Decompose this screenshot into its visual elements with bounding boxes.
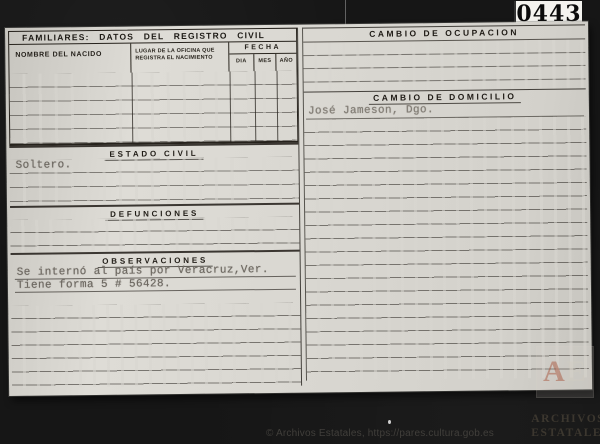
table-divider bbox=[277, 71, 279, 141]
document-scan: 0443 FAMILIARES: DATOS DEL REGISTRO CIVI… bbox=[0, 0, 600, 444]
scan-fold-line bbox=[345, 0, 346, 26]
table-divider bbox=[230, 71, 232, 141]
archive-watermark-text: ARCHIVOS ESTATALES bbox=[531, 412, 600, 440]
defunciones-lines bbox=[10, 217, 299, 253]
cambio-domicilio-empty-lines bbox=[304, 116, 589, 380]
section-observaciones: OBSERVACIONES Se internó al país por Ver… bbox=[11, 250, 302, 388]
observaciones-entry-line2: Tiene forma 5 # 56428. bbox=[15, 277, 296, 293]
table-divider bbox=[132, 73, 134, 143]
column-header-fecha: FECHA DIA MES AÑO bbox=[229, 42, 296, 72]
table-header-row: NOMBRE DEL NACIDO LUGAR DE LA OFICINA QU… bbox=[9, 42, 296, 74]
cambio-ocupacion-lines bbox=[303, 38, 586, 91]
subcolumn-mes: MES bbox=[254, 54, 276, 71]
fecha-subheader-row: DIA MES AÑO bbox=[229, 54, 296, 72]
table-empty-rows bbox=[10, 71, 298, 144]
scan-dust-speck bbox=[388, 420, 391, 424]
logo-letter-e: E bbox=[566, 355, 587, 389]
watermark-line2: ESTATALES bbox=[531, 426, 600, 440]
registro-civil-table: FAMILIARES: DATOS DEL REGISTRO CIVIL NOM… bbox=[8, 28, 298, 146]
registry-card-right-column: CAMBIO DE OCUPACION CAMBIO DE DOMICILIO … bbox=[302, 24, 589, 380]
section-defunciones: DEFUNCIONES bbox=[10, 203, 300, 253]
archive-corner-watermark: A E ARCHIVOS ESTATALES bbox=[522, 344, 600, 444]
fecha-label: FECHA bbox=[229, 42, 296, 55]
estado-civil-lines: Soltero. bbox=[9, 157, 299, 206]
section-cambio-domicilio: CAMBIO DE DOMICILIO José Jameson, Dgo. bbox=[304, 88, 586, 119]
section-estado-civil: ESTADO CIVIL Soltero. bbox=[9, 143, 299, 206]
estado-civil-entry: Soltero. bbox=[15, 159, 71, 172]
logo-letter-a: A bbox=[543, 355, 566, 389]
archive-logo-watermark: A E bbox=[536, 346, 594, 398]
registry-card: FAMILIARES: DATOS DEL REGISTRO CIVIL NOM… bbox=[5, 21, 592, 396]
watermark-line1: ARCHIVOS bbox=[531, 412, 600, 426]
column-header-nombre: NOMBRE DEL NACIDO bbox=[9, 44, 131, 74]
registry-card-left-column: FAMILIARES: DATOS DEL REGISTRO CIVIL NOM… bbox=[8, 28, 302, 389]
column-header-lugar: LUGAR DE LA OFICINA QUE REGISTRA EL NACI… bbox=[131, 42, 229, 72]
subcolumn-dia: DIA bbox=[229, 54, 254, 71]
observaciones-empty-lines bbox=[11, 303, 301, 388]
subcolumn-ano: AÑO bbox=[276, 54, 296, 71]
table-divider bbox=[255, 71, 257, 141]
lugar-line2: REGISTRA EL NACIMIENTO bbox=[135, 54, 228, 62]
